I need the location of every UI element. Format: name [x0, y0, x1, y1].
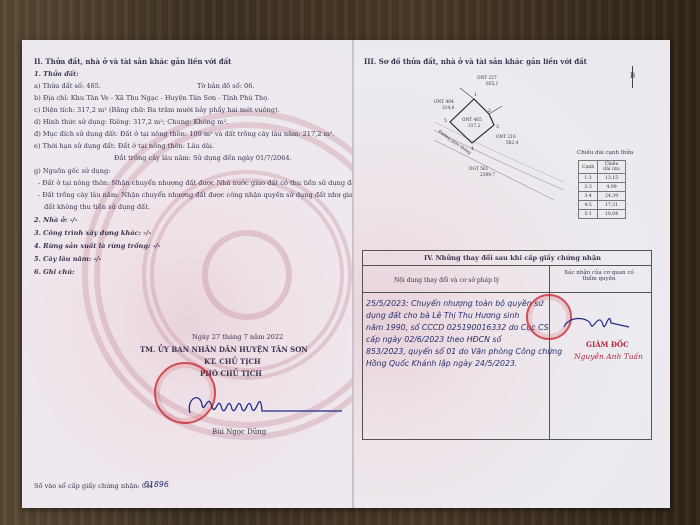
change-entry-line-5: 853/2023, quyển số 01 do Văn phòng Công …	[366, 347, 562, 356]
land-parcel-heading: 1. Thửa đất:	[34, 70, 79, 78]
table-row: 4-517,31	[579, 201, 626, 210]
confirm-name: Nguyễn Anh Tuấn	[574, 352, 643, 361]
origin-line-1: - Đất ở tại nông thôn: Nhận chuyển nhượn…	[38, 179, 352, 187]
svg-text:5: 5	[444, 118, 447, 124]
signature-bui-ngoc-dung	[182, 385, 347, 425]
edge-cell: 3-4	[579, 192, 598, 201]
change-entry-line-1: 25/5/2023: Chuyển nhượng toàn bộ quyền s…	[366, 299, 543, 308]
usage-form: d) Hình thức sử dụng: Riêng: 317,2 m²; C…	[34, 118, 228, 126]
header-edge: Cạnh	[579, 161, 598, 174]
svg-text:ONT 218: ONT 218	[496, 135, 516, 140]
svg-text:3: 3	[496, 124, 499, 130]
table-header-row: Cạnh Chiều dài (m)	[579, 161, 626, 174]
land-certificate-document: II. Thửa đất, nhà ở và tài sản khác gắn …	[22, 40, 670, 508]
length-cell: 24,39	[598, 192, 626, 201]
parcel-number: a) Thửa đất số: 465.	[34, 82, 101, 90]
edge-cell: 5-1	[579, 210, 598, 219]
changes-col-confirm: Xác nhận của cơ quan có thẩm quyền	[559, 270, 639, 282]
item-perennial-trees: 5. Cây lâu năm: -/-	[34, 255, 101, 263]
usage-purpose: đ) Mục đích sử dụng đất: Đất ở tại nông …	[34, 130, 335, 138]
confirm-title: GIÁM ĐỐC	[586, 340, 629, 349]
table-row: 1-213,15	[579, 174, 626, 183]
svg-text:Đường giao thông: Đường giao thông	[437, 130, 472, 157]
north-arrow-line	[632, 66, 633, 88]
svg-text:317,2: 317,2	[468, 124, 481, 129]
parcel-address: b) Địa chỉ: Khu Tân Ve - Xã Thu Ngạc - H…	[34, 94, 269, 102]
left-page: II. Thửa đất, nhà ở và tài sản khác gắn …	[22, 40, 352, 508]
parcel-diagram: 1 2 3 4 5 ONT 465 317,2 ONT 227 855,1 ON…	[434, 70, 574, 200]
origin-heading: g) Nguồn gốc sử dụng:	[34, 167, 110, 175]
section-ii-title: II. Thửa đất, nhà ở và tài sản khác gắn …	[34, 57, 231, 66]
change-entry-line-2: dụng đất cho bà Lê Thị Thu Hương sinh	[366, 311, 519, 320]
svg-text:582,4: 582,4	[506, 141, 519, 146]
item-production-forest: 4. Rừng sản xuất là rừng trồng: -/-	[34, 242, 161, 250]
changes-title: IV. Những thay đổi sau khi cấp giấy chứn…	[424, 254, 601, 262]
svg-text:2399,7: 2399,7	[480, 173, 495, 178]
usage-duration: e) Thời hạn sử dụng đất: Đất ở tại nông …	[34, 142, 214, 150]
length-cell: 4,99	[598, 183, 626, 192]
on-behalf-chairman: KT. CHỦ TỊCH	[204, 357, 261, 366]
signer-name: Bùi Ngọc Dũng	[212, 428, 266, 436]
svg-text:1: 1	[474, 92, 477, 98]
item-notes: 6. Ghi chú:	[34, 268, 74, 276]
edge-cell: 4-5	[579, 201, 598, 210]
length-cell: 17,31	[598, 201, 626, 210]
svg-text:ONT 227: ONT 227	[477, 76, 497, 81]
item-house: 2. Nhà ở: -/-	[34, 216, 78, 224]
map-sheet-number: Tờ bản đồ số: 06.	[197, 82, 255, 90]
section-iii-title: III. Sơ đồ thửa đất, nhà ở và tài sản kh…	[364, 57, 587, 66]
bronze-drum-watermark-center	[202, 230, 292, 320]
table-row: 2-34,99	[579, 183, 626, 192]
changes-col-content: Nội dung thay đổi và cơ sở pháp lý	[394, 277, 499, 284]
issue-date: Ngày 27 tháng 7 năm 2022	[192, 333, 283, 341]
header-length: Chiều dài (m)	[598, 161, 626, 174]
svg-text:ONT 465: ONT 465	[462, 118, 482, 123]
svg-text:DGT 561: DGT 561	[469, 167, 489, 172]
cert-entry-number: 01896	[144, 480, 169, 489]
change-entry-line-3: năm 1990, số CCCD 025190016332 do Cục CS	[366, 323, 549, 332]
edge-cell: 2-3	[579, 183, 598, 192]
svg-text:855,1: 855,1	[486, 82, 499, 87]
parcel-area: c) Diện tích: 317,2 m² (Bằng chữ: Ba tră…	[34, 106, 280, 114]
edge-cell: 1-2	[579, 174, 598, 183]
svg-text:314,6: 314,6	[442, 106, 455, 111]
issuing-authority: TM. ỦY BAN NHÂN DÂN HUYỆN TÂN SƠN	[140, 345, 308, 354]
length-cell: 10,04	[598, 210, 626, 219]
item-other-construction: 3. Công trình xây dựng khác: -/-	[34, 229, 151, 237]
dims-table-title: Chiều dài cạnh thửa	[577, 150, 633, 156]
signature-director	[559, 305, 639, 340]
usage-duration-2: Đất trồng cây lâu năm: Sử dụng đến ngày …	[114, 154, 292, 162]
change-entry-line-6: Hồng Quốc Khánh lập ngày 24/5/2023.	[366, 359, 517, 368]
origin-line-2b: đất không thu tiền sử dụng đất.	[44, 203, 150, 211]
origin-line-2: - Đất trồng cây lâu năm: Nhận chuyển như…	[38, 191, 352, 199]
length-cell: 13,15	[598, 174, 626, 183]
right-page: III. Sơ đồ thửa đất, nhà ở và tài sản kh…	[354, 40, 670, 508]
change-entry-line-4: cấp ngày 02/6/2023 theo HĐCN số	[366, 335, 501, 344]
svg-text:2: 2	[488, 108, 491, 114]
table-row: 5-110,04	[579, 210, 626, 219]
svg-text:ONT 464: ONT 464	[434, 100, 454, 105]
table-row: 3-424,39	[579, 192, 626, 201]
cert-entry-label: Số vào sổ cấp giấy chứng nhận: CH	[34, 482, 153, 490]
edge-length-table: Cạnh Chiều dài (m) 1-213,15 2-34,99 3-42…	[578, 160, 626, 219]
